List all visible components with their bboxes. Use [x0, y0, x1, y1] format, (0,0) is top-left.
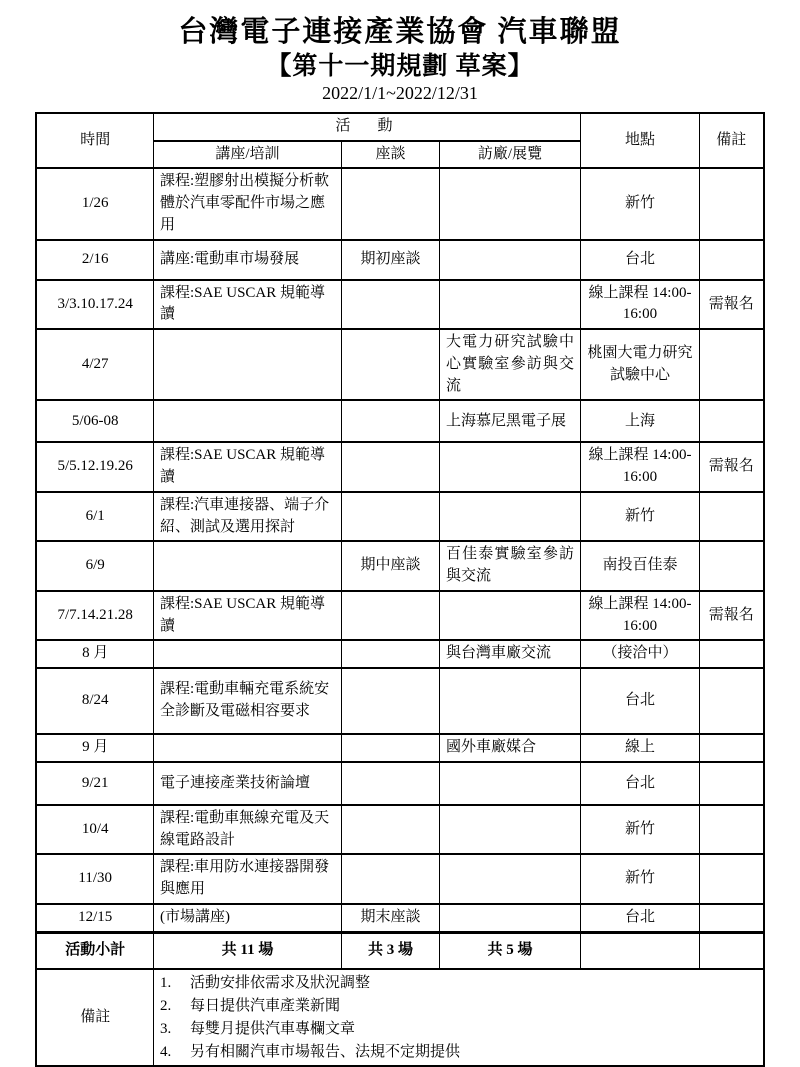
note-number: 1. — [160, 972, 190, 995]
note-cell — [700, 904, 764, 932]
summary-lecture-total: 共 11 場 — [153, 932, 341, 969]
table-row: 12/15 (市場講座) 期末座談 台北 — [36, 904, 763, 932]
location-cell: 上海 — [581, 400, 700, 442]
note-number: 4. — [160, 1041, 190, 1064]
visit-cell — [439, 240, 580, 280]
note-cell — [700, 329, 764, 400]
time-cell: 4/27 — [36, 329, 153, 400]
header-note: 備註 — [700, 113, 764, 169]
footer-note-item: 2. 每日提供汽車產業新聞 — [160, 995, 757, 1018]
lecture-cell: 課程:電動車無線充電及天線電路設計 — [153, 805, 341, 855]
note-text: 每日提供汽車產業新聞 — [190, 995, 340, 1018]
table-row: 1/26 課程:塑膠射出模擬分析軟體於汽車零配件市場之應用 新竹 — [36, 168, 763, 239]
visit-cell: 百佳泰實驗室參訪與交流 — [439, 541, 580, 591]
lecture-cell: 課程:SAE USCAR 規範導讀 — [153, 591, 341, 641]
header-visit: 訪廠/展覽 — [439, 141, 580, 169]
lecture-cell: 課程:塑膠射出模擬分析軟體於汽車零配件市場之應用 — [153, 168, 341, 239]
visit-cell — [439, 442, 580, 492]
table-row: 11/30 課程:車用防水連接器開發與應用 新竹 — [36, 854, 763, 904]
footer-row: 備註 1. 活動安排依需求及狀況調整 2. 每日提供汽車產業新聞 3. 每雙月提… — [36, 969, 763, 1066]
location-cell: 新竹 — [581, 854, 700, 904]
note-cell — [700, 541, 764, 591]
time-cell: 6/1 — [36, 492, 153, 542]
symposium-cell — [341, 805, 439, 855]
symposium-cell — [341, 492, 439, 542]
visit-cell — [439, 854, 580, 904]
footer-note-item: 1. 活動安排依需求及狀況調整 — [160, 972, 757, 995]
note-text: 活動安排依需求及狀況調整 — [190, 972, 370, 995]
table-row: 8 月 與台灣車廠交流 （接洽中） — [36, 640, 763, 668]
note-cell — [700, 492, 764, 542]
time-cell: 1/26 — [36, 168, 153, 239]
time-cell: 5/06-08 — [36, 400, 153, 442]
table-row: 9 月 國外車廠媒合 線上 — [36, 734, 763, 762]
lecture-cell: 課程:SAE USCAR 規範導讀 — [153, 442, 341, 492]
location-cell: 線上課程 14:00-16:00 — [581, 442, 700, 492]
table-row: 5/5.12.19.26 課程:SAE USCAR 規範導讀 線上課程 14:0… — [36, 442, 763, 492]
time-cell: 6/9 — [36, 541, 153, 591]
location-cell: 線上 — [581, 734, 700, 762]
visit-cell — [439, 492, 580, 542]
summary-location-empty — [581, 932, 700, 969]
symposium-cell — [341, 168, 439, 239]
time-cell: 7/7.14.21.28 — [36, 591, 153, 641]
location-cell: 新竹 — [581, 168, 700, 239]
symposium-cell: 期初座談 — [341, 240, 439, 280]
lecture-cell: 電子連接產業技術論壇 — [153, 762, 341, 805]
location-cell: 新竹 — [581, 805, 700, 855]
visit-cell — [439, 762, 580, 805]
lecture-cell: (市場講座) — [153, 904, 341, 932]
note-cell — [700, 400, 764, 442]
table-row: 4/27 大電力研究試驗中心實驗室參訪與交流 桃園大電力研究試驗中心 — [36, 329, 763, 400]
time-cell: 11/30 — [36, 854, 153, 904]
visit-cell: 與台灣車廠交流 — [439, 640, 580, 668]
note-cell: 需報名 — [700, 280, 764, 330]
schedule-table: 時間 活 動 地點 備註 講座/培訓 座談 訪廠/展覽 1/26 課程:塑膠射出… — [35, 112, 764, 1067]
footer-note-item: 4. 另有相關汽車市場報告、法規不定期提供 — [160, 1041, 757, 1064]
symposium-cell: 期中座談 — [341, 541, 439, 591]
table-row: 5/06-08 上海慕尼黑電子展 上海 — [36, 400, 763, 442]
location-cell: 桃園大電力研究試驗中心 — [581, 329, 700, 400]
symposium-cell — [341, 734, 439, 762]
location-cell: （接洽中） — [581, 640, 700, 668]
footer-note-item: 3. 每雙月提供汽車專欄文章 — [160, 1018, 757, 1041]
symposium-cell — [341, 640, 439, 668]
lecture-cell: 課程:SAE USCAR 規範導讀 — [153, 280, 341, 330]
page-title: 台灣電子連接產業協會 汽車聯盟 — [0, 16, 800, 49]
header-row-1: 時間 活 動 地點 備註 — [36, 113, 763, 141]
symposium-cell — [341, 280, 439, 330]
lecture-cell — [153, 400, 341, 442]
note-text: 每雙月提供汽車專欄文章 — [190, 1018, 355, 1041]
note-cell — [700, 805, 764, 855]
visit-cell — [439, 591, 580, 641]
table-row: 3/3.10.17.24 課程:SAE USCAR 規範導讀 線上課程 14:0… — [36, 280, 763, 330]
visit-cell — [439, 904, 580, 932]
footer-notes: 1. 活動安排依需求及狀況調整 2. 每日提供汽車產業新聞 3. 每雙月提供汽車… — [153, 969, 763, 1066]
location-cell: 線上課程 14:00-16:00 — [581, 280, 700, 330]
time-cell: 8 月 — [36, 640, 153, 668]
time-cell: 10/4 — [36, 805, 153, 855]
time-cell: 12/15 — [36, 904, 153, 932]
location-cell: 台北 — [581, 240, 700, 280]
symposium-cell — [341, 442, 439, 492]
note-cell: 需報名 — [700, 442, 764, 492]
visit-cell: 上海慕尼黑電子展 — [439, 400, 580, 442]
note-cell: 需報名 — [700, 591, 764, 641]
table-row: 10/4 課程:電動車無線充電及天線電路設計 新竹 — [36, 805, 763, 855]
note-cell — [700, 854, 764, 904]
symposium-cell — [341, 329, 439, 400]
table-row: 7/7.14.21.28 課程:SAE USCAR 規範導讀 線上課程 14:0… — [36, 591, 763, 641]
lecture-cell — [153, 734, 341, 762]
note-cell — [700, 640, 764, 668]
time-cell: 5/5.12.19.26 — [36, 442, 153, 492]
location-cell: 台北 — [581, 904, 700, 932]
note-cell — [700, 668, 764, 734]
visit-cell — [439, 168, 580, 239]
location-cell: 台北 — [581, 762, 700, 805]
header-activity: 活 動 — [153, 113, 580, 141]
visit-cell — [439, 280, 580, 330]
header-lecture: 講座/培訓 — [153, 141, 341, 169]
visit-cell — [439, 805, 580, 855]
header-time: 時間 — [36, 113, 153, 169]
time-cell: 9 月 — [36, 734, 153, 762]
page-subtitle: 【第十一期規劃 草案】 — [0, 52, 800, 82]
note-cell — [700, 762, 764, 805]
summary-row: 活動小計 共 11 場 共 3 場 共 5 場 — [36, 932, 763, 969]
location-cell: 台北 — [581, 668, 700, 734]
note-number: 3. — [160, 1018, 190, 1041]
symposium-cell — [341, 854, 439, 904]
time-cell: 9/21 — [36, 762, 153, 805]
table-row: 6/9 期中座談 百佳泰實驗室參訪與交流 南投百佳泰 — [36, 541, 763, 591]
symposium-cell — [341, 591, 439, 641]
note-cell — [700, 240, 764, 280]
summary-label: 活動小計 — [36, 932, 153, 969]
symposium-cell: 期末座談 — [341, 904, 439, 932]
note-cell — [700, 734, 764, 762]
document-page: 台灣電子連接產業協會 汽車聯盟 【第十一期規劃 草案】 2022/1/1~202… — [0, 0, 800, 1067]
table-row: 6/1 課程:汽車連接器、端子介紹、測試及選用探討 新竹 — [36, 492, 763, 542]
symposium-cell — [341, 400, 439, 442]
date-range: 2022/1/1~2022/12/31 — [0, 83, 800, 105]
table-row: 9/21 電子連接產業技術論壇 台北 — [36, 762, 763, 805]
note-text: 另有相關汽車市場報告、法規不定期提供 — [190, 1041, 460, 1064]
lecture-cell: 講座:電動車市場發展 — [153, 240, 341, 280]
symposium-cell — [341, 762, 439, 805]
lecture-cell — [153, 541, 341, 591]
visit-cell — [439, 668, 580, 734]
summary-symposium-total: 共 3 場 — [341, 932, 439, 969]
table-row: 8/24 課程:電動車輛充電系統安全診斷及電磁相容要求 台北 — [36, 668, 763, 734]
header-symposium: 座談 — [341, 141, 439, 169]
time-cell: 2/16 — [36, 240, 153, 280]
time-cell: 8/24 — [36, 668, 153, 734]
lecture-cell: 課程:車用防水連接器開發與應用 — [153, 854, 341, 904]
visit-cell: 國外車廠媒合 — [439, 734, 580, 762]
lecture-cell — [153, 329, 341, 400]
location-cell: 線上課程 14:00-16:00 — [581, 591, 700, 641]
lecture-cell: 課程:電動車輛充電系統安全診斷及電磁相容要求 — [153, 668, 341, 734]
summary-note-empty — [700, 932, 764, 969]
note-number: 2. — [160, 995, 190, 1018]
footer-label: 備註 — [36, 969, 153, 1066]
location-cell: 新竹 — [581, 492, 700, 542]
time-cell: 3/3.10.17.24 — [36, 280, 153, 330]
header-location: 地點 — [581, 113, 700, 169]
visit-cell: 大電力研究試驗中心實驗室參訪與交流 — [439, 329, 580, 400]
lecture-cell: 課程:汽車連接器、端子介紹、測試及選用探討 — [153, 492, 341, 542]
summary-visit-total: 共 5 場 — [439, 932, 580, 969]
note-cell — [700, 168, 764, 239]
symposium-cell — [341, 668, 439, 734]
table-row: 2/16 講座:電動車市場發展 期初座談 台北 — [36, 240, 763, 280]
location-cell: 南投百佳泰 — [581, 541, 700, 591]
lecture-cell — [153, 640, 341, 668]
